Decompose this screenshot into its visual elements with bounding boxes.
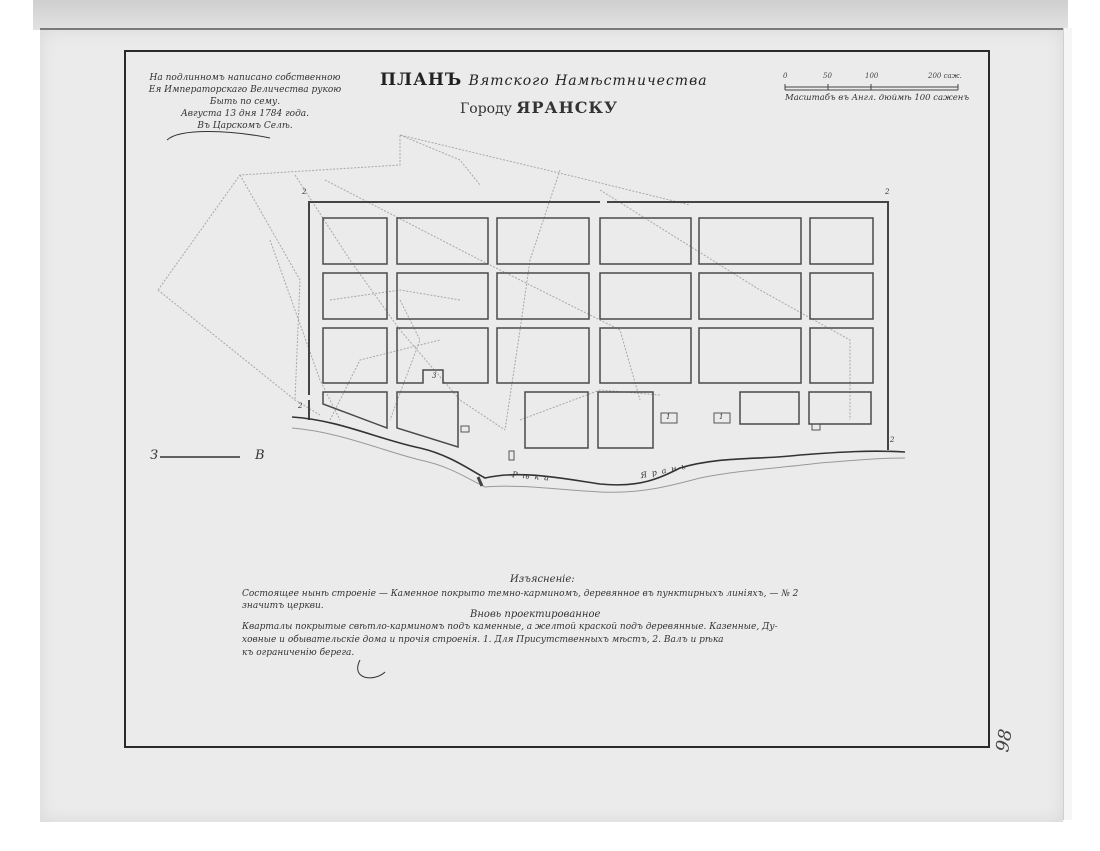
- scale-tick: 0: [783, 72, 787, 80]
- title-prefix: ПЛАНЪ: [380, 70, 462, 90]
- block-mark: 1: [719, 413, 723, 421]
- block-mark: 3: [432, 372, 436, 380]
- legend-line: Кварталы покрытые свѣтло-карминомъ подъ …: [242, 622, 778, 632]
- approval-line: Быть по сему.: [130, 96, 360, 108]
- scale-tick: 100: [865, 72, 878, 80]
- scale-tick: 200 саж.: [928, 72, 962, 80]
- old-town-outlines: [158, 135, 850, 430]
- approval-line: Августа 13 дня 1784 года.: [130, 108, 360, 120]
- city-blocks: [323, 218, 873, 448]
- title-script: Вятского Намѣстничества: [469, 73, 708, 89]
- map-subtitle: Городу ЯРАНСКУ: [460, 98, 618, 117]
- legend-line: Состоящее нынѣ строеніе — Каменное покры…: [242, 589, 798, 599]
- corner-mark: 2: [890, 436, 894, 444]
- corner-mark: 2: [298, 402, 302, 410]
- scale-tick: 50: [823, 72, 832, 80]
- small-buildings: [461, 413, 820, 460]
- block-mark: 1: [666, 413, 670, 421]
- compass-west-label: З: [150, 448, 158, 463]
- approval-line: Въ Царскомъ Селѣ.: [130, 120, 360, 132]
- compass-east-label: В: [255, 448, 265, 463]
- subtitle-city: ЯРАНСКУ: [516, 98, 618, 117]
- legend-line: ховные и обывательскіе дома и прочія стр…: [242, 635, 724, 645]
- approval-line: На подлинномъ написано собственною: [130, 72, 360, 84]
- map-title: ПЛАНЪ Вятского Намѣстничества: [380, 70, 708, 90]
- subtitle-prefix: Городу: [460, 101, 512, 117]
- scale-label: Масштабъ въ Англ. дюймѣ 100 саженъ: [785, 93, 969, 103]
- page-number: 98: [992, 727, 1017, 753]
- legend-subheading: Вновь проектированное: [470, 609, 600, 620]
- legend-line: значитъ церкви.: [242, 601, 324, 611]
- legend-line: къ ограниченію берега.: [242, 648, 354, 658]
- imperial-approval: На подлинномъ написано собственною Ея Им…: [130, 72, 360, 132]
- legend-heading: Изъясненіе:: [510, 574, 575, 585]
- approval-line: Ея Императорскаго Величества рукою: [130, 84, 360, 96]
- scale-bar: [785, 84, 958, 90]
- corner-mark: 2: [302, 188, 306, 196]
- corner-mark: 2: [885, 188, 889, 196]
